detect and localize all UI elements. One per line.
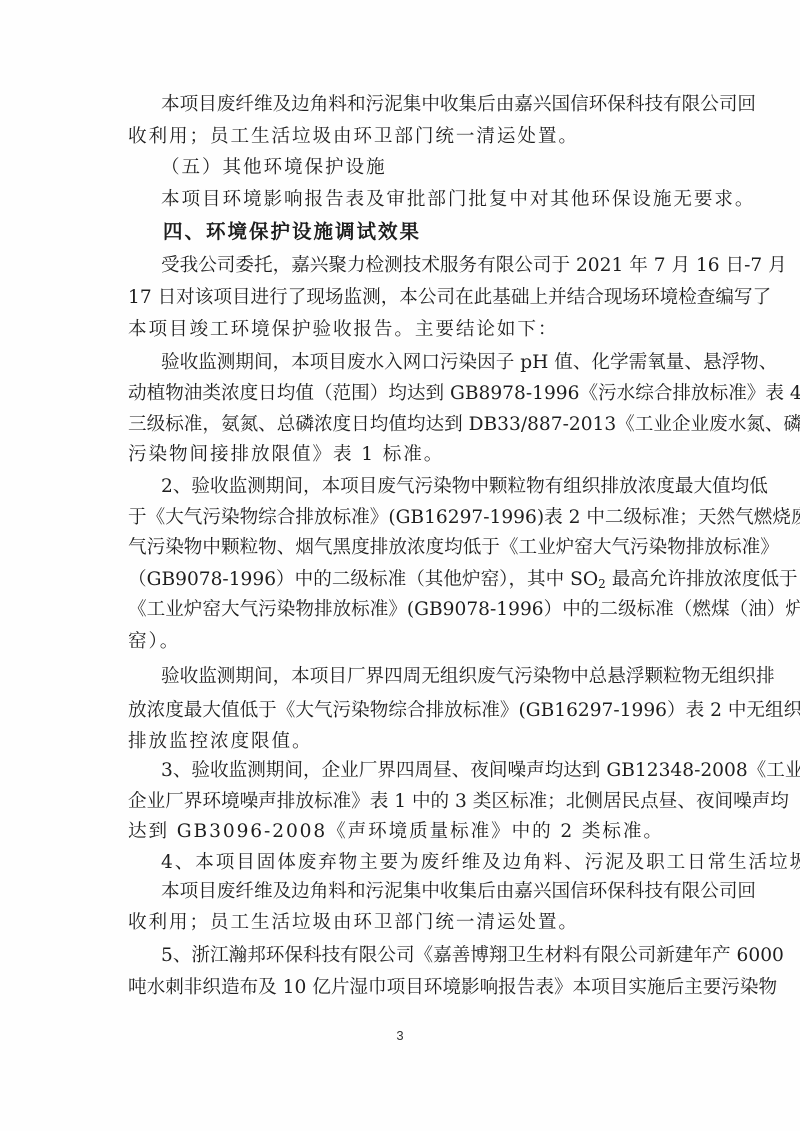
paragraph-line: 17 日对该项目进行了现场监测，本公司在此基础上并结合现场环境检查编写了 <box>128 283 684 313</box>
paragraph-line: 4、本项目固体废弃物主要为废纤维及边角料、污泥及职工日常生活垃圾。 <box>161 848 684 878</box>
paragraph-line: 3、验收监测期间，企业厂界四周昼、夜间噪声均达到 GB12348-2008《工业 <box>161 756 684 786</box>
document-page: 本项目废纤维及边角料和污泥集中收集后由嘉兴国信环保科技有限公司回 收利用；员工生… <box>0 0 800 1131</box>
subsection-title: （五）其他环境保护设施 <box>161 153 684 183</box>
paragraph-line-so2: （GB9078-1996）中的二级标准（其他炉窑），其中 SO2 最高允许排放浓… <box>128 565 684 595</box>
section-heading: 四、环境保护设施调试效果 <box>163 217 719 247</box>
so2-subscript: 2 <box>598 577 606 591</box>
page-number: 3 <box>380 1028 420 1043</box>
paragraph-line: 窑）。 <box>128 627 684 657</box>
paragraph-line: 气污染物中颗粒物、烟气黑度排放浓度均低于《工业炉窑大气污染物排放标准》 <box>128 533 684 563</box>
paragraph-line: 《工业炉窑大气污染物排放标准》(GB9078-1996）中的二级标准（燃煤（油）… <box>128 595 684 625</box>
paragraph-line: 本项目废纤维及边角料和污泥集中收集后由嘉兴国信环保科技有限公司回 <box>161 90 684 120</box>
paragraph-line: 三级标准，氨氮、总磷浓度日均值均达到 DB33/887-2013《工业企业废水氮… <box>128 410 684 440</box>
paragraph-line: 排放监控浓度限值。 <box>128 727 684 757</box>
paragraph-line: 吨水刺非织造布及 10 亿片湿巾项目环境影响报告表》本项目实施后主要污染物 <box>128 973 684 1003</box>
paragraph-line: 本项目废纤维及边角料和污泥集中收集后由嘉兴国信环保科技有限公司回 <box>161 877 684 907</box>
paragraph-line: 放浓度最大值低于《大气污染物综合排放标准》(GB16297-1996）表 2 中… <box>128 696 684 726</box>
paragraph-line: 本项目竣工环境保护验收报告。主要结论如下： <box>128 315 684 345</box>
paragraph-line: 达到 GB3096-2008《声环境质量标准》中的 2 类标准。 <box>128 817 684 847</box>
paragraph-line: 企业厂界环境噪声排放标准》表 1 中的 3 类区标准；北侧居民点昼、夜间噪声均 <box>128 787 684 817</box>
paragraph-line: 5、浙江瀚邦环保科技有限公司《嘉善博翔卫生材料有限公司新建年产 6000 <box>161 941 684 971</box>
paragraph-line: 本项目环境影响报告表及审批部门批复中对其他环保设施无要求。 <box>161 185 684 215</box>
line-text: （GB9078-1996）中的二级标准（其他炉窑），其中 SO <box>128 569 598 590</box>
paragraph-line: 受我公司委托，嘉兴聚力检测技术服务有限公司于 2021 年 7 月 16 日-7… <box>161 251 684 281</box>
paragraph-line: 验收监测期间，本项目厂界四周无组织废气污染物中总悬浮颗粒物无组织排 <box>161 662 684 692</box>
paragraph-line: 2、验收监测期间，本项目废气污染物中颗粒物有组织排放浓度最大值均低 <box>161 472 684 502</box>
paragraph-line: 收利用；员工生活垃圾由环卫部门统一清运处置。 <box>128 122 684 152</box>
paragraph-line: 动植物油类浓度日均值（范围）均达到 GB8978-1996《污水综合排放标准》表… <box>128 379 684 409</box>
line-text: 最高允许排放浓度低于 <box>612 569 798 590</box>
paragraph-line: 验收监测期间，本项目废水入网口污染因子 pH 值、化学需氧量、悬浮物、 <box>161 348 684 378</box>
paragraph-line: 收利用；员工生活垃圾由环卫部门统一清运处置。 <box>128 908 684 938</box>
paragraph-line: 污染物间接排放限值》表 1 标准。 <box>128 440 684 470</box>
paragraph-line: 于《大气污染物综合排放标准》(GB16297-1996)表 2 中二级标准；天然… <box>128 503 684 533</box>
